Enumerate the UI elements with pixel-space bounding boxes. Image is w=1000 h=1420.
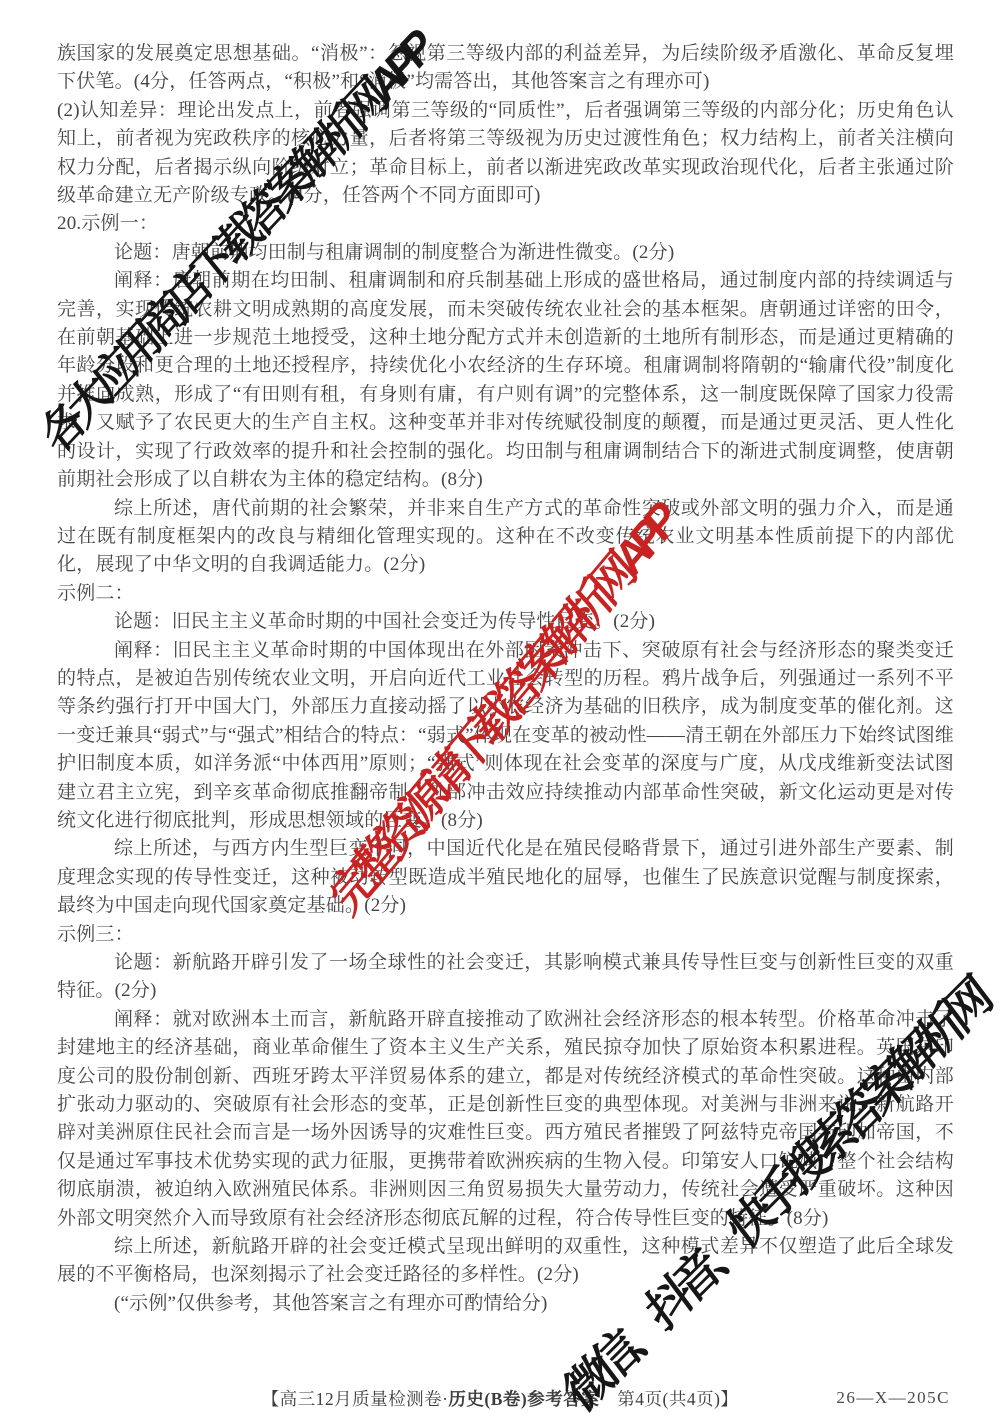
footer-title-prefix: 【高三12月质量检测卷·: [262, 1389, 449, 1409]
q20-example3-label: 示例三：: [57, 921, 954, 949]
answer-sheet-page: 族国家的发展奠定思想基础。“消极”：忽视第三等级内部的利益差异，为后续阶级矛盾激…: [0, 0, 1000, 1420]
q20-example1-explanation: 阐释：唐朝前期在均田制、租庸调制和府兵制基础上形成的盛世格局，通过制度内部的持续…: [57, 267, 954, 494]
q20-example2-topic: 论题：旧民主主义革命时期的中国社会变迁为传导性巨变。(2分): [57, 608, 954, 636]
q20-example1-topic: 论题：唐朝前期均田制与租庸调制的制度整合为渐进性微变。(2分): [57, 239, 954, 267]
footer-title-subject: 历史(B卷)参考答案: [448, 1389, 599, 1409]
q20-example3-summary: 综上所述，新航路开辟的社会变迁模式呈现出鲜明的双重性，这种模式差异不仅塑造了此后…: [57, 1233, 954, 1290]
paper-code: 26—X—205C: [836, 1388, 950, 1408]
q20-example2-explanation: 阐释：旧民主主义革命时期的中国体现出在外部因素冲击下、突破原有社会与经济形态的聚…: [57, 637, 954, 836]
answer-text-block: 族国家的发展奠定思想基础。“消极”：忽视第三等级内部的利益差异，为后续阶级矛盾激…: [57, 40, 954, 1318]
q20-grading-note: (“示例”仅供参考，其他答案言之有理亦可酌情给分): [57, 1290, 954, 1318]
q20-example2-summary: 综上所述，与西方内生型巨变不同，中国近代化是在殖民侵略背景下，通过引进外部生产要…: [57, 835, 954, 920]
footer-page-number: 第4页(共4页)】: [599, 1389, 738, 1409]
q20-example1-summary: 综上所述，唐代前期的社会繁荣，并非来自生产方式的革命性突破或外部文明的强力介入，…: [57, 495, 954, 580]
q20-example3-explanation: 阐释：就对欧洲本土而言，新航路开辟直接推动了欧洲社会经济形态的根本转型。价格革命…: [57, 1006, 954, 1233]
q19-point-continuation: 族国家的发展奠定思想基础。“消极”：忽视第三等级内部的利益差异，为后续阶级矛盾激…: [57, 40, 954, 97]
q20-example2-label: 示例二：: [57, 580, 954, 608]
q20-example3-topic: 论题：新航路开辟引发了一场全球性的社会变迁，其影响模式兼具传导性巨变与创新性巨变…: [57, 949, 954, 1006]
q19-part2-answer: (2)认知差异：理论出发点上，前者强调第三等级的“同质性”，后者强调第三等级的内…: [57, 97, 954, 211]
q20-number-label: 20.示例一：: [57, 210, 954, 238]
